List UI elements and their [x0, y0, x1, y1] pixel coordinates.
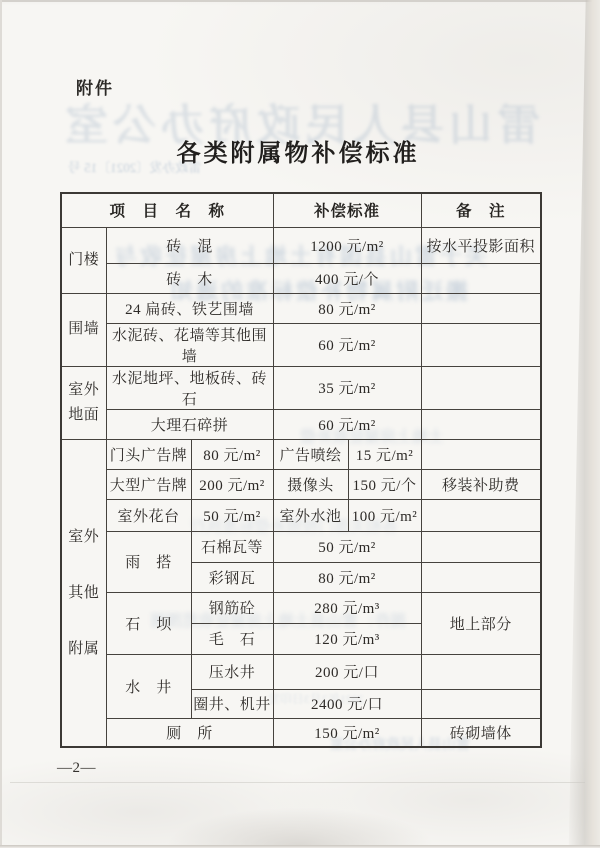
compensation-table: 项 目 名 称 补偿标准 备 注 门楼 砖 混 1200 元/m² 按水平投影面…	[60, 192, 542, 748]
cell-shiba-price2: 120 元/m³	[273, 623, 421, 654]
cell-shuijing-remark1	[421, 654, 541, 689]
cell-zhuanmu-price: 400 元/个	[273, 263, 421, 293]
cell-ad2-name: 大型广告牌	[106, 469, 191, 499]
header-remark: 备 注	[421, 193, 541, 227]
scan-edge-top	[0, 0, 600, 2]
cell-cesuo-name: 厕 所	[106, 718, 273, 747]
cell-diping-price: 35 元/m²	[273, 366, 421, 409]
cell-bianzhuan-price: 80 元/m²	[273, 293, 421, 323]
cell-shuijing-price2: 2400 元/口	[273, 689, 421, 718]
subcategory-shuijing: 水 井	[106, 654, 191, 718]
table-row: 大理石碎拼 60 元/m²	[61, 409, 541, 439]
cell-ad2-price2: 150 元/个	[348, 469, 421, 499]
cell-ad3-name: 室外花台	[106, 499, 191, 531]
category-menlou: 门楼	[61, 227, 106, 293]
cell-shuijing-remark2	[421, 689, 541, 718]
cell-ad1-name: 门头广告牌	[106, 439, 191, 469]
cell-ad2-name2: 摄像头	[273, 469, 348, 499]
table-row: 室外 其他 附属 门头广告牌 80 元/m² 广告喷绘 15 元/m²	[61, 439, 541, 469]
cell-ad3-price: 50 元/m²	[191, 499, 273, 531]
cell-yuda-item1: 石棉瓦等	[191, 531, 273, 562]
subcategory-shiba: 石 坝	[106, 592, 191, 654]
cell-ad1-price: 80 元/m²	[191, 439, 273, 469]
cell-yuda-price1: 50 元/m²	[273, 531, 421, 562]
cell-shiba-item2: 毛 石	[191, 623, 273, 654]
table-row: 砖 木 400 元/个	[61, 263, 541, 293]
cell-bianzhuan-name: 24 扁砖、铁艺围墙	[106, 293, 273, 323]
table-row: 室外花台 50 元/m² 室外水池 100 元/m²	[61, 499, 541, 531]
cell-zhuanhun-name: 砖 混	[106, 227, 273, 263]
cell-zhuanhun-price: 1200 元/m²	[273, 227, 421, 263]
table-row: 门楼 砖 混 1200 元/m² 按水平投影面积	[61, 227, 541, 263]
cell-zhuanmu-remark	[421, 263, 541, 293]
table-row: 厕 所 150 元/m² 砖砌墙体	[61, 718, 541, 747]
category-shiwai-qita: 室外 其他 附属	[61, 439, 106, 747]
cell-ad1-name2: 广告喷绘	[273, 439, 348, 469]
table-row: 室外 地面 水泥地坪、地板砖、砖石 35 元/m²	[61, 366, 541, 409]
cell-ad1-price2: 15 元/m²	[348, 439, 421, 469]
table-row: 水 井 压水井 200 元/口	[61, 654, 541, 689]
page-title: 各类附属物补偿标准	[0, 133, 596, 168]
header-item-name: 项 目 名 称	[61, 193, 273, 227]
cell-bianzhuan-remark	[421, 293, 541, 323]
table-header-row: 项 目 名 称 补偿标准 备 注	[61, 193, 541, 227]
cell-shuijing-item1: 压水井	[191, 654, 273, 689]
attachment-label: 附件	[76, 74, 114, 99]
cell-shiba-remark: 地上部分	[421, 592, 541, 654]
cell-dalishi-remark	[421, 409, 541, 439]
cell-ad3-name2: 室外水池	[273, 499, 348, 531]
cell-shuinizhuan-name: 水泥砖、花墙等其他围墙	[106, 323, 273, 366]
cell-cesuo-remark: 砖砌墙体	[421, 718, 541, 747]
cell-dalishi-price: 60 元/m²	[273, 409, 421, 439]
cell-shiba-price1: 280 元/m³	[273, 592, 421, 623]
category-shiwai-dimian: 室外 地面	[61, 366, 106, 439]
cell-cesuo-price: 150 元/m²	[273, 718, 421, 747]
cell-yuda-price2: 80 元/m²	[273, 562, 421, 592]
cell-shuijing-item2: 圈井、机井	[191, 689, 273, 718]
cell-yuda-item2: 彩钢瓦	[191, 562, 273, 592]
cell-ad1-remark	[421, 439, 541, 469]
cell-yuda-remark1	[421, 531, 541, 562]
table-row: 水泥砖、花墙等其他围墙 60 元/m²	[61, 323, 541, 366]
table-row: 围墙 24 扁砖、铁艺围墙 80 元/m²	[61, 293, 541, 323]
cell-ad2-price: 200 元/m²	[191, 469, 273, 499]
cell-shuinizhuan-price: 60 元/m²	[273, 323, 421, 366]
cell-diping-remark	[421, 366, 541, 409]
table-row: 石 坝 钢筋砼 280 元/m³ 地上部分	[61, 592, 541, 623]
cell-ad2-remark: 移装补助费	[421, 469, 541, 499]
scan-edge-left	[0, 0, 2, 848]
cell-dalishi-name: 大理石碎拼	[106, 409, 273, 439]
cell-ad3-price2: 100 元/m²	[348, 499, 421, 531]
cell-shuijing-price1: 200 元/口	[273, 654, 421, 689]
cell-zhuanmu-name: 砖 木	[106, 263, 273, 293]
table-row: 大型广告牌 200 元/m² 摄像头 150 元/个 移装补助费	[61, 469, 541, 499]
cell-ad3-remark	[421, 499, 541, 531]
header-compensation: 补偿标准	[273, 193, 421, 227]
page-number: —2—	[57, 760, 96, 777]
cell-zhuanhun-remark: 按水平投影面积	[421, 227, 541, 263]
subcategory-yuda: 雨 搭	[106, 531, 191, 592]
cell-shuinizhuan-remark	[421, 323, 541, 366]
cell-yuda-remark2	[421, 562, 541, 592]
cell-diping-name: 水泥地坪、地板砖、砖石	[106, 366, 273, 409]
paper-crease-line	[10, 782, 585, 783]
cell-shiba-item1: 钢筋砼	[191, 592, 273, 623]
category-weiqiang: 围墙	[61, 293, 106, 366]
table-row: 雨 搭 石棉瓦等 50 元/m²	[61, 531, 541, 562]
